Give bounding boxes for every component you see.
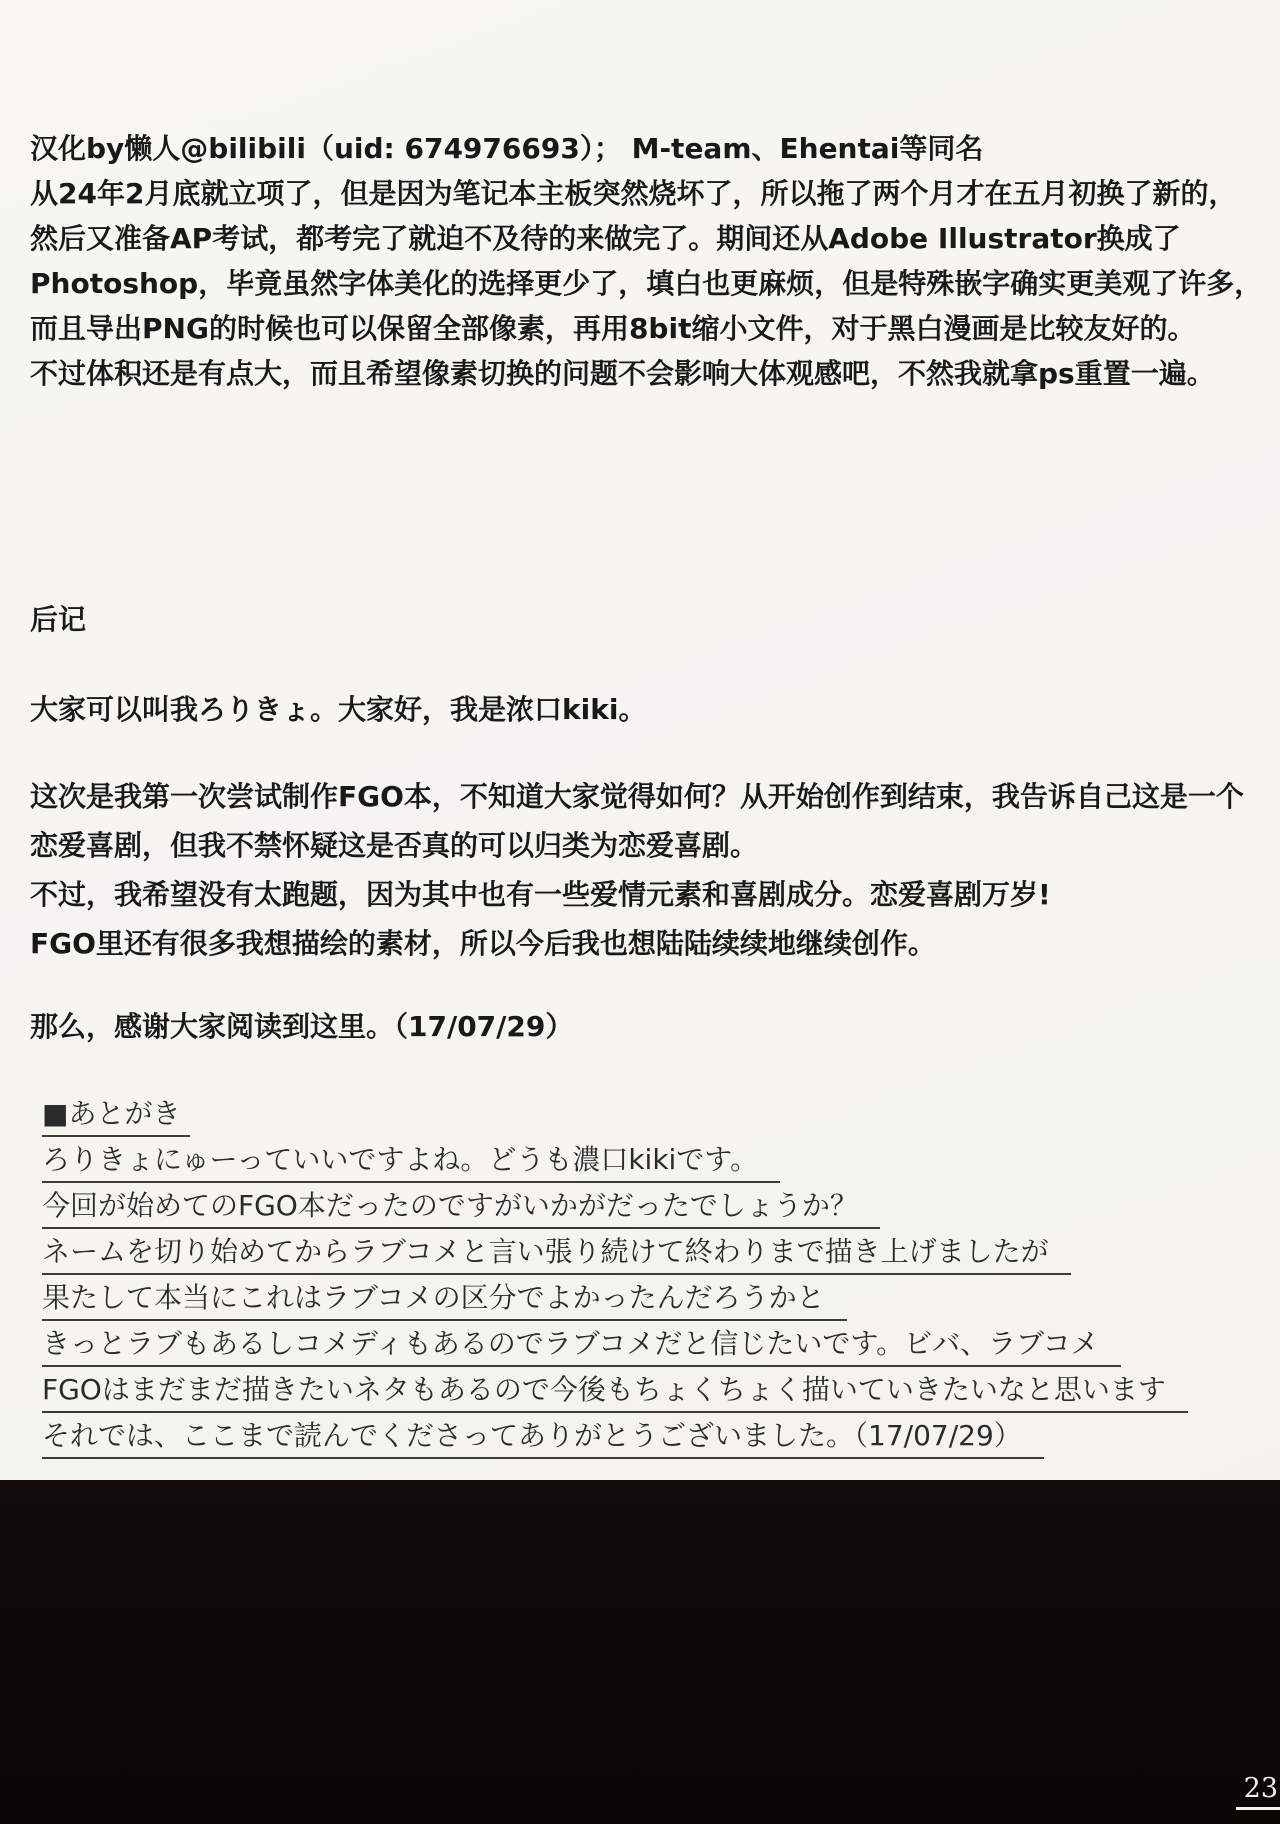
translator-note-line: 然后又准备AP考试，都考完了就迫不及待的来做完了。期间还从Adobe Illus… — [30, 216, 1270, 261]
afterword-jp-line-text: きっとラブもあるしコメディもあるのでラブコメだと信じたいです。ビバ、ラブコメ — [42, 1322, 1121, 1367]
afterword-cn-line: 恋爱喜剧，但我不禁怀疑这是否真的可以归类为恋爱喜剧。 — [30, 821, 1244, 870]
afterword-jp-line: それでは、ここまで読んでくださってありがとうございました。（17/07/29） — [42, 1414, 1270, 1460]
afterword-title-cn: 后记 — [30, 598, 86, 638]
footer-black-band: 23 — [0, 1480, 1280, 1824]
afterword-greeting-cn: 大家可以叫我ろりきょ。大家好，我是浓口kiki。 — [30, 688, 646, 728]
afterword-jp-line: ネームを切り始めてからラブコメと言い張り続けて終わりまで描き上げましたが — [42, 1230, 1270, 1276]
afterword-title-jp: ■あとがき — [42, 1092, 1270, 1138]
translator-note-line: 汉化by懒人@bilibili（uid: 674976693）； M-team、… — [30, 126, 1270, 171]
translator-note-line: 从24年2月底就立项了，但是因为笔记本主板突然烧坏了，所以拖了两个月才在五月初换… — [30, 171, 1270, 216]
afterword-cn-line: FGO里还有很多我想描绘的素材，所以今后我也想陆陆续续地继续创作。 — [30, 919, 1244, 968]
afterword-closing-cn: 那么，感谢大家阅读到这里。（17/07/29） — [30, 1005, 573, 1045]
afterword-jp-line-text: 今回が始めてのFGO本だったのですがいかがだったでしょうか？ — [42, 1184, 880, 1229]
translator-note-line: 不过体积还是有点大，而且希望像素切换的问题不会影响大体观感吧，不然我就拿ps重置… — [30, 351, 1270, 396]
afterword-cn-line: 不过，我希望没有太跑题，因为其中也有一些爱情元素和喜剧成分。恋爱喜剧万岁! — [30, 870, 1244, 919]
translator-note-line: 而且导出PNG的时候也可以保留全部像素，再用8bit缩小文件，对于黑白漫画是比较… — [30, 306, 1270, 351]
afterword-jp-line: ろりきょにゅーっていいですよね。どうも濃口kikiです。 — [42, 1138, 1270, 1184]
afterword-jp: ■あとがき ろりきょにゅーっていいですよね。どうも濃口kikiです。 今回が始め… — [42, 1092, 1270, 1460]
afterword-paragraph-cn: 这次是我第一次尝试制作FGO本，不知道大家觉得如何？从开始创作到结束，我告诉自己… — [30, 772, 1244, 968]
page-number: 23 — [1236, 1773, 1280, 1810]
afterword-jp-line-text: それでは、ここまで読んでくださってありがとうございました。（17/07/29） — [42, 1414, 1044, 1459]
afterword-title-jp-text: ■あとがき — [42, 1092, 190, 1137]
afterword-jp-line: 今回が始めてのFGO本だったのですがいかがだったでしょうか？ — [42, 1184, 1270, 1230]
afterword-jp-line-text: ネームを切り始めてからラブコメと言い張り続けて終わりまで描き上げましたが — [42, 1230, 1071, 1275]
scanned-afterword-page: 汉化by懒人@bilibili（uid: 674976693）； M-team、… — [0, 0, 1280, 1824]
afterword-cn-line: 这次是我第一次尝试制作FGO本，不知道大家觉得如何？从开始创作到结束，我告诉自己… — [30, 772, 1244, 821]
afterword-jp-line-text: ろりきょにゅーっていいですよね。どうも濃口kikiです。 — [42, 1138, 780, 1183]
translator-note-line: Photoshop，毕竟虽然字体美化的选择更少了，填白也更麻烦，但是特殊嵌字确实… — [30, 261, 1270, 306]
afterword-jp-line: きっとラブもあるしコメディもあるのでラブコメだと信じたいです。ビバ、ラブコメ — [42, 1322, 1270, 1368]
afterword-jp-line: FGOはまだまだ描きたいネタもあるので今後もちょくちょく描いていきたいなと思いま… — [42, 1368, 1270, 1414]
afterword-jp-line: 果たして本当にこれはラブコメの区分でよかったんだろうかと — [42, 1276, 1270, 1322]
afterword-jp-line-text: 果たして本当にこれはラブコメの区分でよかったんだろうかと — [42, 1276, 847, 1321]
translator-note: 汉化by懒人@bilibili（uid: 674976693）； M-team、… — [30, 126, 1270, 396]
afterword-jp-line-text: FGOはまだまだ描きたいネタもあるので今後もちょくちょく描いていきたいなと思いま… — [42, 1368, 1188, 1413]
